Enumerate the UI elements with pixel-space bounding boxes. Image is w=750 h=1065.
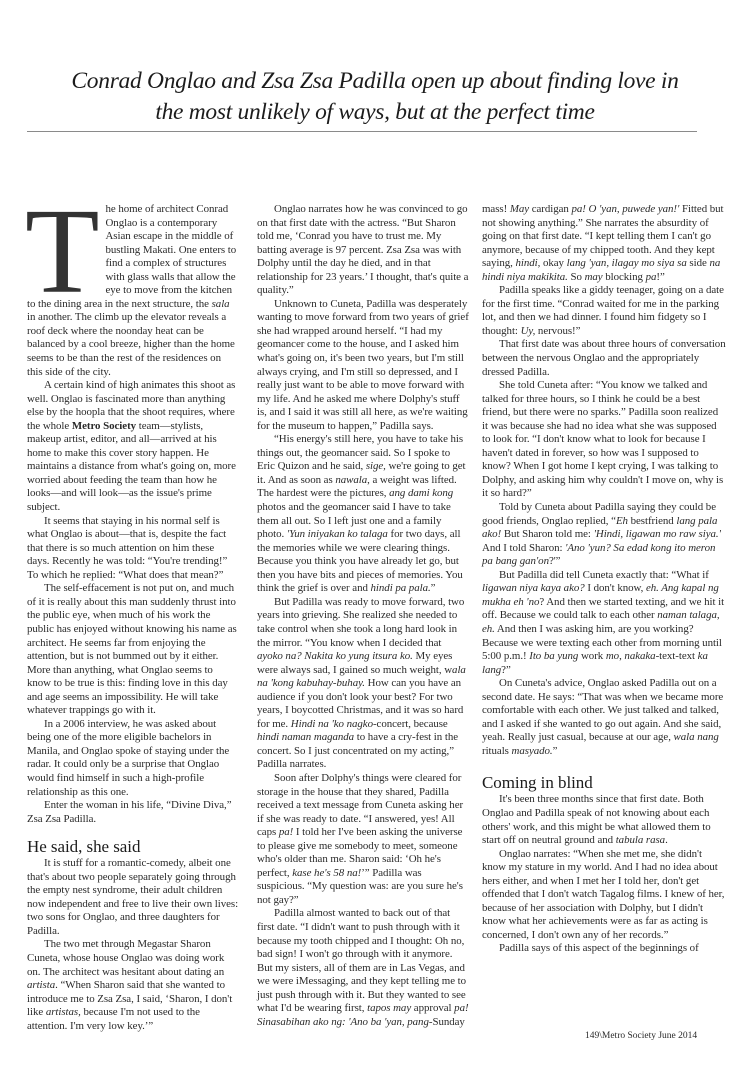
text: team—stylists, makeup artist, editor, an… [27, 420, 236, 513]
publication-name: Metro Society [72, 420, 136, 432]
text-italic: pa [646, 271, 657, 283]
text-italic: Ito ba yung [529, 650, 578, 662]
paragraph: She told Cuneta after: “You know we talk… [482, 379, 726, 501]
text: bestfriend [628, 515, 676, 527]
text-italic: artista [27, 979, 55, 991]
headline-line-2: the most unlikely of ways, but at the pe… [0, 97, 750, 128]
text: !” [656, 271, 664, 283]
paragraph: Enter the woman in his life, “Divine Div… [27, 799, 239, 826]
text-italic: hindi pa pala. [371, 582, 431, 594]
paragraph: Padilla speaks like a giddy teenager, go… [482, 284, 726, 338]
text-italic: tabula rasa [616, 834, 665, 846]
paragraph: It seems that staying in his normal self… [27, 515, 239, 583]
text-italic: sige, [366, 460, 386, 472]
text: Padilla speaks like a giddy teenager, go… [482, 284, 724, 337]
paragraph: mass! May cardigan pa! O 'yan, puwede ya… [482, 203, 726, 284]
text: work [578, 650, 606, 662]
paragraph: Onglao narrates: “When she met me, she d… [482, 848, 726, 943]
text: nervous!” [535, 325, 580, 337]
text: And I told Sharon: [482, 542, 565, 554]
text-italic: wala nang [674, 731, 719, 743]
article-column-3: mass! May cardigan pa! O 'yan, puwede ya… [482, 203, 726, 956]
text: approval [411, 1002, 454, 1014]
text: ” [431, 582, 436, 594]
text: Sunday [432, 1016, 464, 1028]
text-italic: Uy, [521, 325, 536, 337]
paragraph: Padilla says of this aspect of the begin… [482, 942, 726, 956]
text-italic: ang dami kong [389, 487, 453, 499]
text: cardigan [529, 203, 571, 215]
paragraph: “His energy's still here, you have to ta… [257, 433, 469, 596]
drop-cap: T [25, 205, 99, 297]
text-italic: ayoko na? Nakita ko yung itsura ko. [257, 650, 413, 662]
text: . [665, 834, 668, 846]
paragraph: A certain kind of high animates this sho… [27, 379, 239, 514]
section-heading: He said, she said [27, 838, 239, 856]
paragraph: But Padilla did tell Cuneta exactly that… [482, 569, 726, 677]
text: I don't know, [585, 582, 646, 594]
paragraph: The self-effacement is not put on, and m… [27, 582, 239, 717]
paragraph: Told by Cuneta about Padilla saying they… [482, 501, 726, 569]
text-italic: ligawan niya kaya ako? [482, 582, 585, 594]
paragraph: The two met through Megastar Sharon Cune… [27, 938, 239, 1033]
text: ?'” [549, 555, 560, 567]
text: So [568, 271, 585, 283]
text: side [687, 257, 710, 269]
text: rituals [482, 745, 512, 757]
paragraph: On Cuneta's advice, Onglao asked Padilla… [482, 677, 726, 758]
section-heading: Coming in blind [482, 774, 726, 792]
text: Padilla almost wanted to back out of tha… [257, 907, 466, 1014]
article-column-2: Onglao narrates how he was convinced to … [257, 203, 469, 1029]
paragraph: Soon after Dolphy's things were cleared … [257, 772, 469, 907]
paragraph: Padilla almost wanted to back out of tha… [257, 907, 469, 1029]
paragraph: In a 2006 interview, he was asked about … [27, 718, 239, 799]
text: mass! [482, 203, 510, 215]
text-italic: hindi, [515, 257, 540, 269]
paragraph: That first date was about three hours of… [482, 338, 726, 379]
article-column-1: The home of architect Conrad Onglao is a… [27, 203, 239, 1033]
paragraph: But Padilla was ready to move forward, t… [257, 596, 469, 772]
text: The two met through Megastar Sharon Cune… [27, 938, 224, 977]
text: But Padilla did tell Cuneta exactly that… [499, 569, 709, 581]
text: -concert, because [373, 718, 448, 730]
text-italic: pa! [279, 826, 293, 838]
paragraph: It is stuff for a romantic-comedy, albei… [27, 857, 239, 938]
paragraph: It's been three months since that first … [482, 793, 726, 847]
text-italic: nawala [335, 474, 367, 486]
text-italic: masyado. [512, 745, 553, 757]
text: okay [540, 257, 566, 269]
text-italic: tapos may [367, 1002, 411, 1014]
text-italic: Hindi na 'ko nagko [291, 718, 373, 730]
text-italic: artistas, [46, 1006, 81, 1018]
text-italic: kase he's 58 na! [292, 867, 361, 879]
text-italic: hindi naman maganda [257, 731, 354, 743]
article-headline: Conrad Onglao and Zsa Zsa Padilla open u… [0, 66, 750, 128]
text: ?” [501, 664, 511, 676]
text: -text-text [656, 650, 698, 662]
text-italic: 'Hindi, ligawan mo raw siya.' [594, 528, 721, 540]
text-italic: Eh [616, 515, 628, 527]
text: But Sharon told me: [501, 528, 593, 540]
text-italic: lang 'yan, ilagay mo siya sa [567, 257, 687, 269]
paragraph: The home of architect Conrad Onglao is a… [27, 203, 239, 379]
text: It's been three months since that first … [482, 793, 711, 846]
page-folio: 149\Metro Society June 2014 [585, 1031, 697, 1041]
text: ” [553, 745, 558, 757]
paragraph: Unknown to Cuneta, Padilla was desperate… [257, 298, 469, 433]
text: But Padilla was ready to move forward, t… [257, 596, 464, 649]
text-italic: May [510, 203, 529, 215]
text: in another. The climb up the elevator re… [27, 311, 235, 377]
headline-divider [27, 131, 697, 132]
text-italic: nakaka [624, 650, 655, 662]
text-italic: mo [606, 650, 619, 662]
text-italic: 'Yun iniyakan ko talaga [287, 528, 388, 540]
text-italic: may [585, 271, 603, 283]
text-italic: sala [212, 298, 230, 310]
headline-line-1: Conrad Onglao and Zsa Zsa Padilla open u… [0, 66, 750, 97]
paragraph: Onglao narrates how he was convinced to … [257, 203, 469, 298]
text: blocking [603, 271, 646, 283]
text-italic: pa! O 'yan, puwede yan!' [571, 203, 679, 215]
